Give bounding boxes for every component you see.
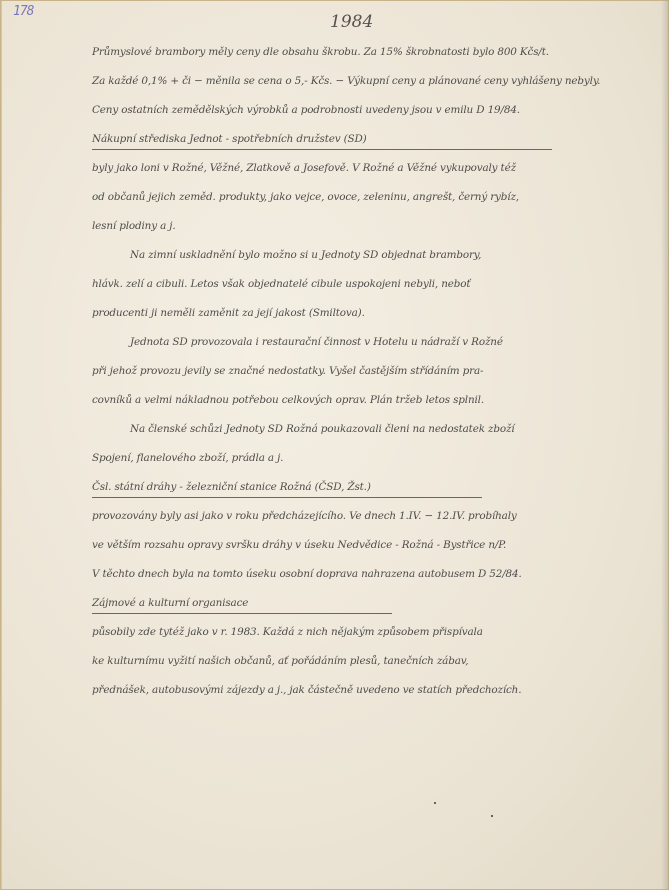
text-line-content: lesní plodiny a j. — [92, 220, 176, 232]
text-line: producenti ji neměli zaměnit za její jak… — [92, 299, 657, 328]
text-line-content: Na členské schůzi Jednoty SD Rožná pouka… — [130, 423, 514, 435]
section-heading: Zájmové a kulturní organisace — [92, 589, 657, 618]
text-line-content: covníků a velmi nákladnou potřebou celko… — [92, 394, 484, 406]
ink-speck — [491, 815, 493, 817]
text-line: ve větším rozsahu opravy svršku dráhy v … — [92, 531, 657, 560]
section-heading-text: Zájmové a kulturní organisace — [92, 593, 392, 614]
text-line-content: Jednota SD provozovala i restaurační čin… — [130, 336, 503, 348]
section-heading: Čsl. státní dráhy - železniční stanice R… — [92, 473, 657, 502]
text-line: covníků a velmi nákladnou potřebou celko… — [92, 386, 657, 415]
text-line-content: od občanů jejich zeměd. produkty, jako v… — [92, 191, 519, 203]
text-line: Ceny ostatních zemědělských výrobků a po… — [92, 96, 657, 125]
text-line: hlávk. zelí a cibuli. Letos však objedna… — [92, 270, 657, 299]
text-line-content: působily zde tytéž jako v r. 1983. Každá… — [92, 626, 483, 638]
text-line: Na členské schůzi Jednoty SD Rožná pouka… — [92, 415, 657, 444]
text-line: provozovány byly asi jako v roku předchá… — [92, 502, 657, 531]
text-line-content: producenti ji neměli zaměnit za její jak… — [92, 307, 365, 319]
text-line-content: Průmyslové brambory měly ceny dle obsahu… — [92, 46, 549, 58]
chronicle-page: 178 1984 Průmyslové brambory měly ceny d… — [0, 0, 669, 890]
section-heading-text: Čsl. státní dráhy - železniční stanice R… — [92, 477, 482, 498]
handwritten-text-body: Průmyslové brambory měly ceny dle obsahu… — [92, 38, 657, 705]
year-heading: 1984 — [330, 12, 373, 32]
text-line: působily zde tytéž jako v r. 1983. Každá… — [92, 618, 657, 647]
text-line: byly jako loni v Rožné, Věžné, Zlatkově … — [92, 154, 657, 183]
text-line: Za každé 0,1% + či − měnila se cena o 5,… — [92, 67, 657, 96]
text-line-content: ke kulturnímu vyžití našich občanů, ať p… — [92, 655, 468, 667]
text-line: přednášek, autobusovými zájezdy a j., ja… — [92, 676, 657, 705]
text-line-content: Ceny ostatních zemědělských výrobků a po… — [92, 104, 520, 116]
text-line-content: byly jako loni v Rožné, Věžné, Zlatkově … — [92, 162, 516, 174]
text-line: lesní plodiny a j. — [92, 212, 657, 241]
text-line-content: Na zimní uskladnění bylo možno si u Jedn… — [130, 249, 481, 261]
text-line: Průmyslové brambory měly ceny dle obsahu… — [92, 38, 657, 67]
text-line-content: Spojení, flanelového zboží, prádla a j. — [92, 452, 283, 464]
text-line-content: Za každé 0,1% + či − měnila se cena o 5,… — [92, 75, 600, 87]
text-line: od občanů jejich zeměd. produkty, jako v… — [92, 183, 657, 212]
text-line: Spojení, flanelového zboží, prádla a j. — [92, 444, 657, 473]
text-line-content: V těchto dnech byla na tomto úseku osobn… — [92, 568, 522, 580]
text-line-content: ve větším rozsahu opravy svršku dráhy v … — [92, 539, 506, 551]
text-line: Jednota SD provozovala i restaurační čin… — [92, 328, 657, 357]
text-line-content: provozovány byly asi jako v roku předchá… — [92, 510, 517, 522]
text-line-content: hlávk. zelí a cibuli. Letos však objedna… — [92, 278, 470, 290]
ink-speck — [434, 802, 436, 804]
page-number-stamp: 178 — [13, 4, 33, 19]
section-heading: Nákupní střediska Jednot - spotřebních d… — [92, 125, 657, 154]
text-line: Na zimní uskladnění bylo možno si u Jedn… — [92, 241, 657, 270]
text-line-content: při jehož provozu jevily se značné nedos… — [92, 365, 483, 377]
text-line: ke kulturnímu vyžití našich občanů, ať p… — [92, 647, 657, 676]
section-heading-text: Nákupní střediska Jednot - spotřebních d… — [92, 129, 552, 150]
text-line: při jehož provozu jevily se značné nedos… — [92, 357, 657, 386]
text-line-content: přednášek, autobusovými zájezdy a j., ja… — [92, 684, 521, 696]
text-line: V těchto dnech byla na tomto úseku osobn… — [92, 560, 657, 589]
